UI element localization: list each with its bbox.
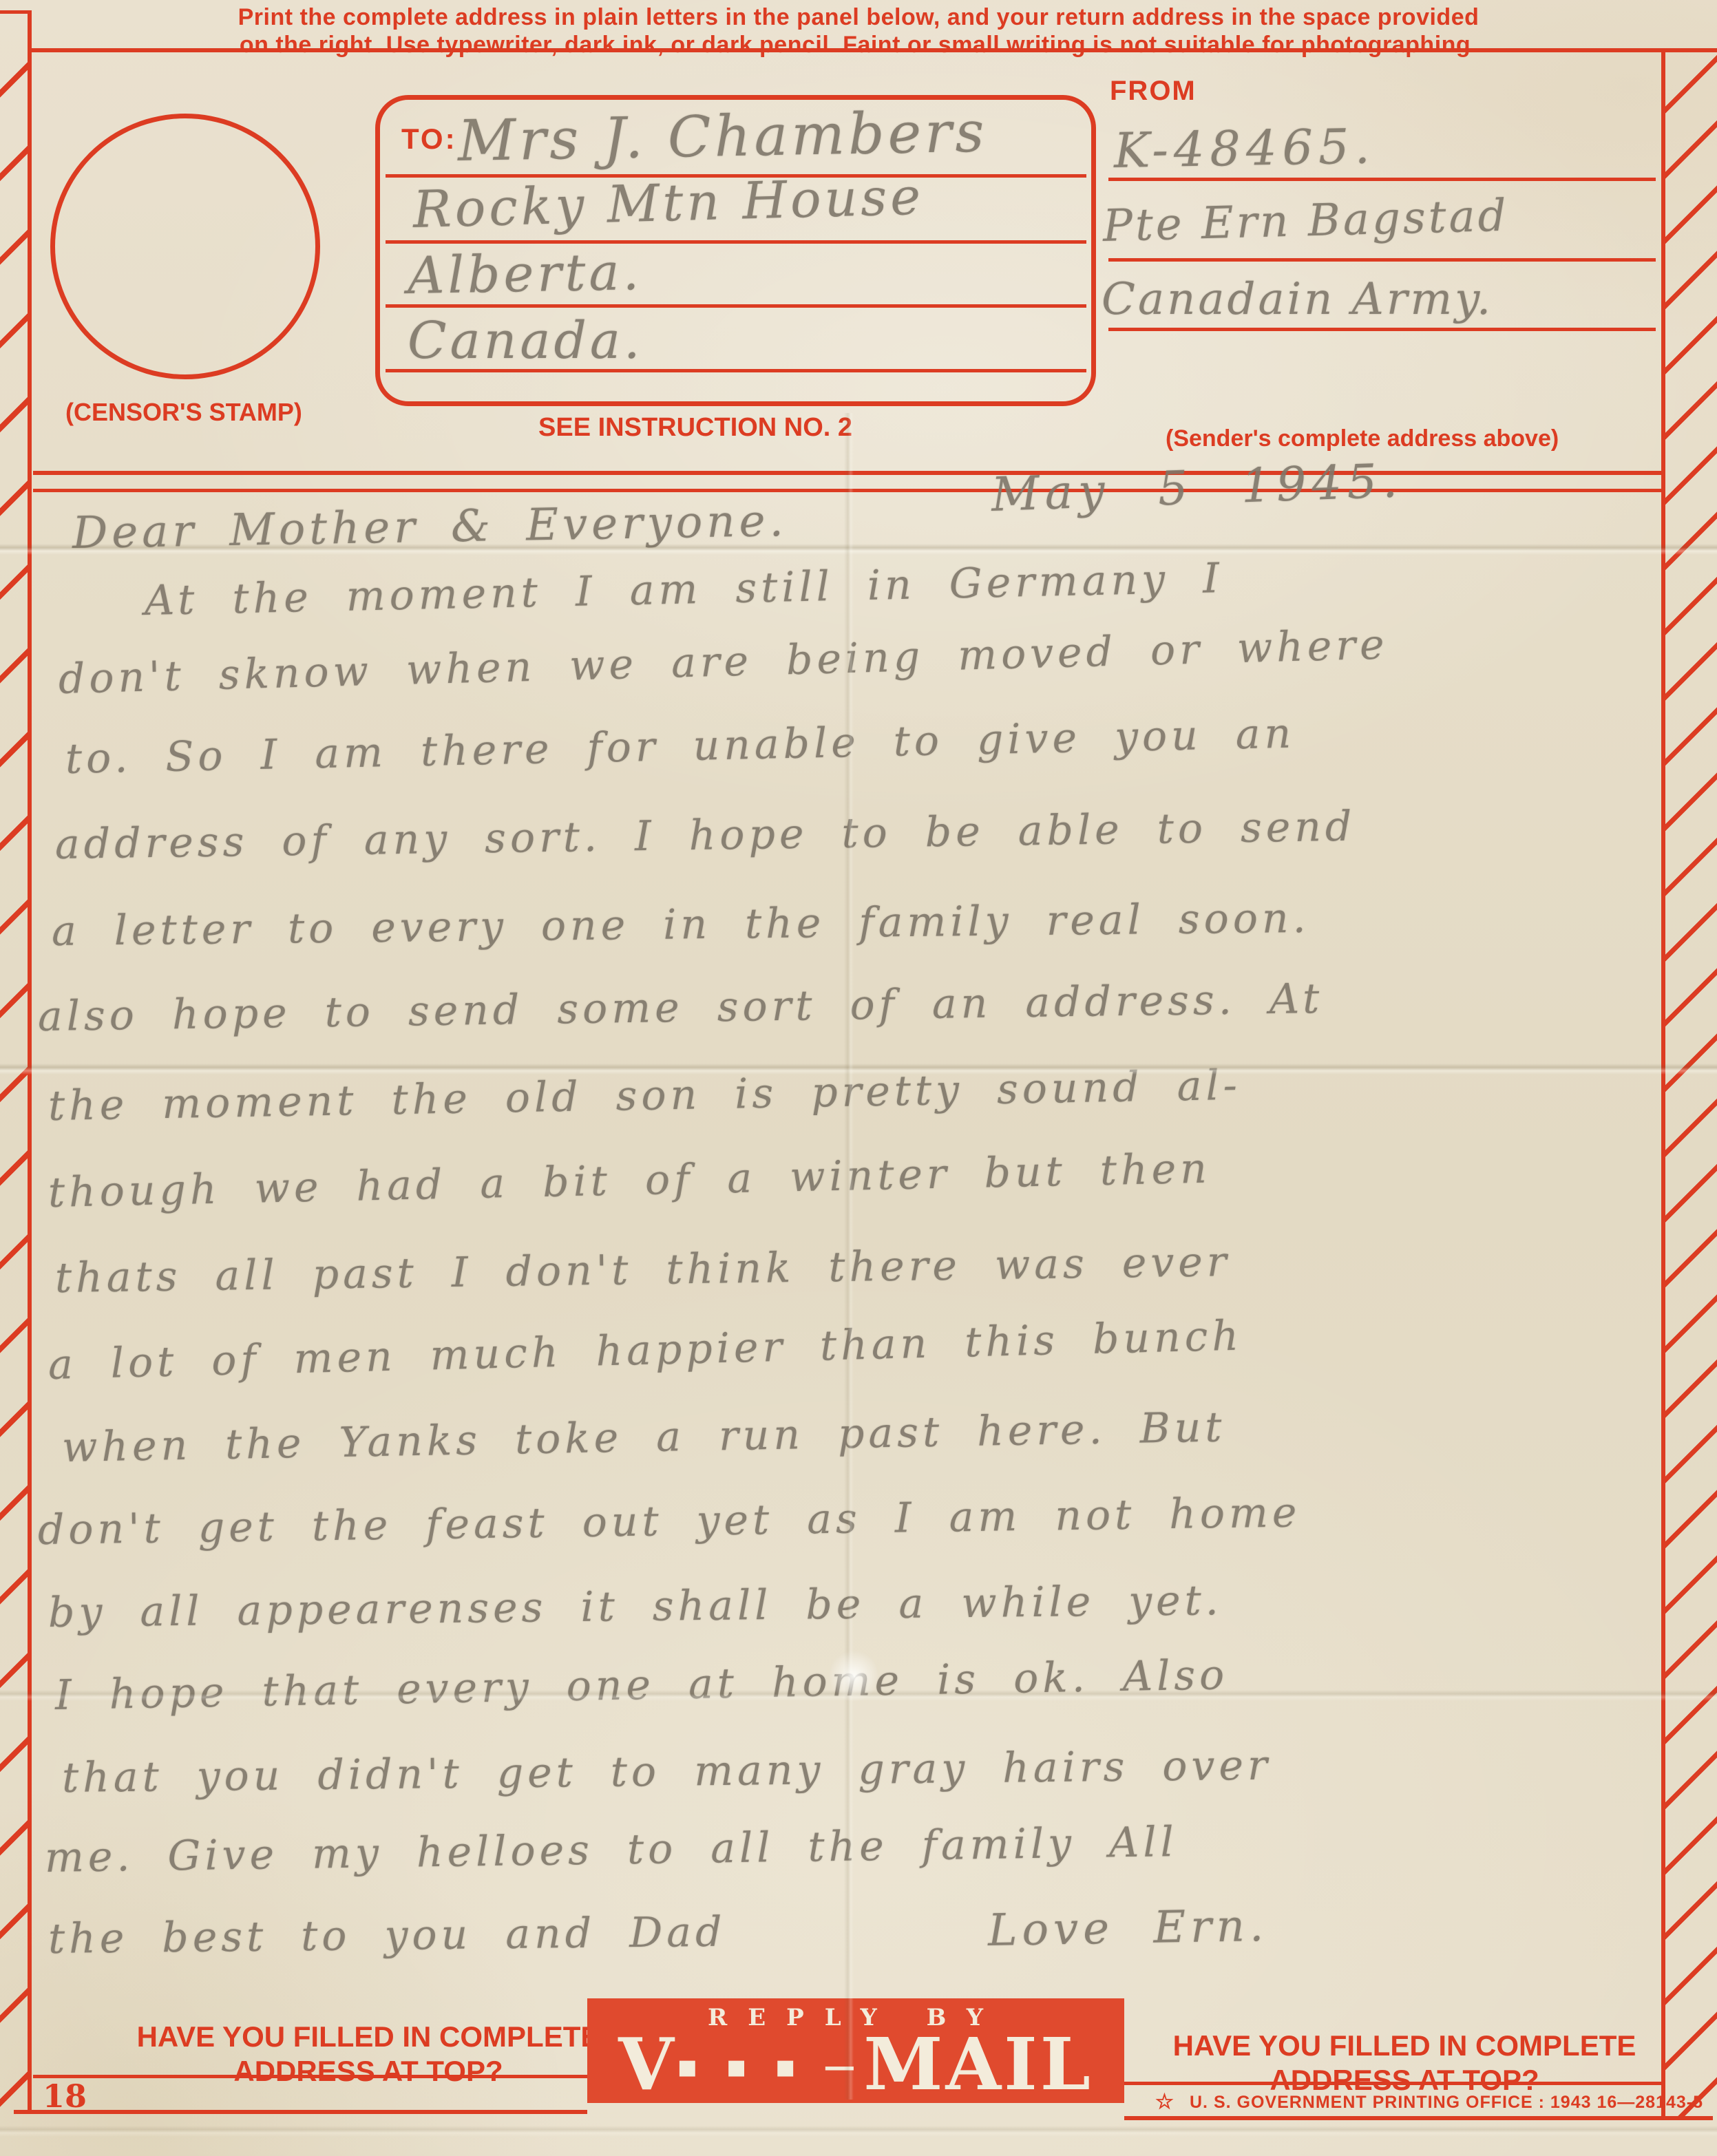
- letter-body-line: also hope to send some sort of an addres…: [38, 975, 1324, 1041]
- censor-stamp-label: (CENSOR'S STAMP): [65, 398, 302, 427]
- sender-note: (Sender's complete address above): [1166, 425, 1559, 452]
- letter-body-line: the best to you and Dad: [48, 1908, 726, 1963]
- vmail-wordmark: V▪ ▪ ▪ —MAIL: [587, 2031, 1124, 2099]
- header-instruction-line1: Print the complete address in plain lett…: [0, 4, 1717, 31]
- header-instruction-line2: on the right. Use typewriter, dark ink, …: [0, 32, 1717, 59]
- letter-body-line: address of any sort. I hope to be able t…: [55, 803, 1356, 869]
- letter-body-line: a letter to every one in the family real…: [52, 894, 1310, 955]
- footer-rule-right-lower: [1124, 2116, 1713, 2120]
- letter-body-line: to. So I am there for unable to give you…: [65, 710, 1296, 783]
- page-number: 18: [43, 2078, 87, 2115]
- footer-question-left-line2: ADDRESS AT TOP?: [103, 2055, 633, 2088]
- fold-crease: [0, 2126, 1717, 2137]
- letter-body-line: when the Yanks toke a run past here. But: [61, 1403, 1226, 1471]
- to-address-handwriting: Canada.: [408, 311, 644, 370]
- to-address-handwriting: Alberta.: [407, 242, 642, 306]
- vmail-logo-box: REPLY BY V▪ ▪ ▪ —MAIL: [587, 1998, 1124, 2103]
- gpo-star-icon: ☆: [1155, 2090, 1174, 2114]
- hatched-border-left: [0, 10, 32, 2114]
- letter-salutation: Dear Mother & Everyone.: [72, 496, 788, 559]
- footer-question-left-line1: HAVE YOU FILLED IN COMPLETE: [103, 2020, 633, 2053]
- footer-rule-left-lower: [14, 2110, 587, 2114]
- footer-rule-left-upper: [33, 2075, 587, 2078]
- see-instruction-note: SEE INSTRUCTION NO. 2: [538, 413, 852, 443]
- footer-rule-right-upper: [1124, 2082, 1661, 2085]
- letter-body-line: the moment the old son is pretty sound a…: [48, 1061, 1241, 1130]
- to-label: TO:: [401, 123, 457, 156]
- top-rule: [31, 48, 1717, 52]
- letter-date: May 5 1945.: [991, 454, 1404, 522]
- from-address-handwriting: K-48465.: [1113, 118, 1376, 179]
- from-address-handwriting: Canadain Army.: [1102, 274, 1493, 325]
- letter-body-line: though we had a bit of a winter but then: [48, 1145, 1211, 1217]
- vmail-morse-code: ▪ ▪ ▪ —: [677, 2047, 864, 2084]
- vmail-mail: MAIL: [863, 2022, 1093, 2106]
- hatched-border-right: [1661, 48, 1717, 2120]
- letter-body-line: At the moment I am still in Germany I: [144, 554, 1223, 625]
- separator-rule-upper: [33, 471, 1661, 475]
- footer-question-right-line1: HAVE YOU FILLED IN COMPLETE: [1143, 2029, 1666, 2062]
- from-address-handwriting: Pte Ern Bagstad: [1102, 191, 1509, 252]
- letter-body-line: a lot of men much happier than this bunc…: [48, 1312, 1243, 1389]
- from-writing-line: [1108, 178, 1656, 181]
- letter-body-line: I hope that every one at home is ok. Als…: [54, 1651, 1228, 1720]
- to-address-handwriting: Mrs J. Chambers: [457, 100, 988, 174]
- from-writing-line: [1108, 258, 1656, 262]
- letter-body-line: that you didn't get to many gray hairs o…: [62, 1742, 1272, 1802]
- paper-damage-spot: [830, 1649, 878, 1704]
- letter-signature: Love Ern.: [987, 1901, 1269, 1956]
- from-label: FROM: [1110, 76, 1197, 107]
- separator-rule-lower: [33, 489, 1661, 492]
- vmail-v: V: [618, 2022, 677, 2106]
- censor-stamp-circle: [50, 114, 320, 379]
- to-writing-line: [386, 240, 1086, 244]
- letter-body-line: me. Give my helloes to all the family Al…: [45, 1818, 1179, 1882]
- from-writing-line: [1108, 328, 1656, 331]
- letter-body-line: don't sknow when we are being moved or w…: [58, 620, 1389, 704]
- gpo-imprint: U. S. GOVERNMENT PRINTING OFFICE : 1943 …: [1190, 2093, 1703, 2113]
- to-writing-line: [386, 304, 1086, 308]
- footer-question-right-line2: ADDRESS AT TOP?: [1143, 2064, 1666, 2097]
- letter-body-line: thats all past I don't think there was e…: [55, 1238, 1231, 1302]
- letter-body-line: don't get the feast out yet as I am not …: [38, 1488, 1301, 1554]
- vmail-letter-sheet: Print the complete address in plain lett…: [0, 0, 1717, 2156]
- letter-body-line: by all appearenses it shall be a while y…: [48, 1576, 1223, 1637]
